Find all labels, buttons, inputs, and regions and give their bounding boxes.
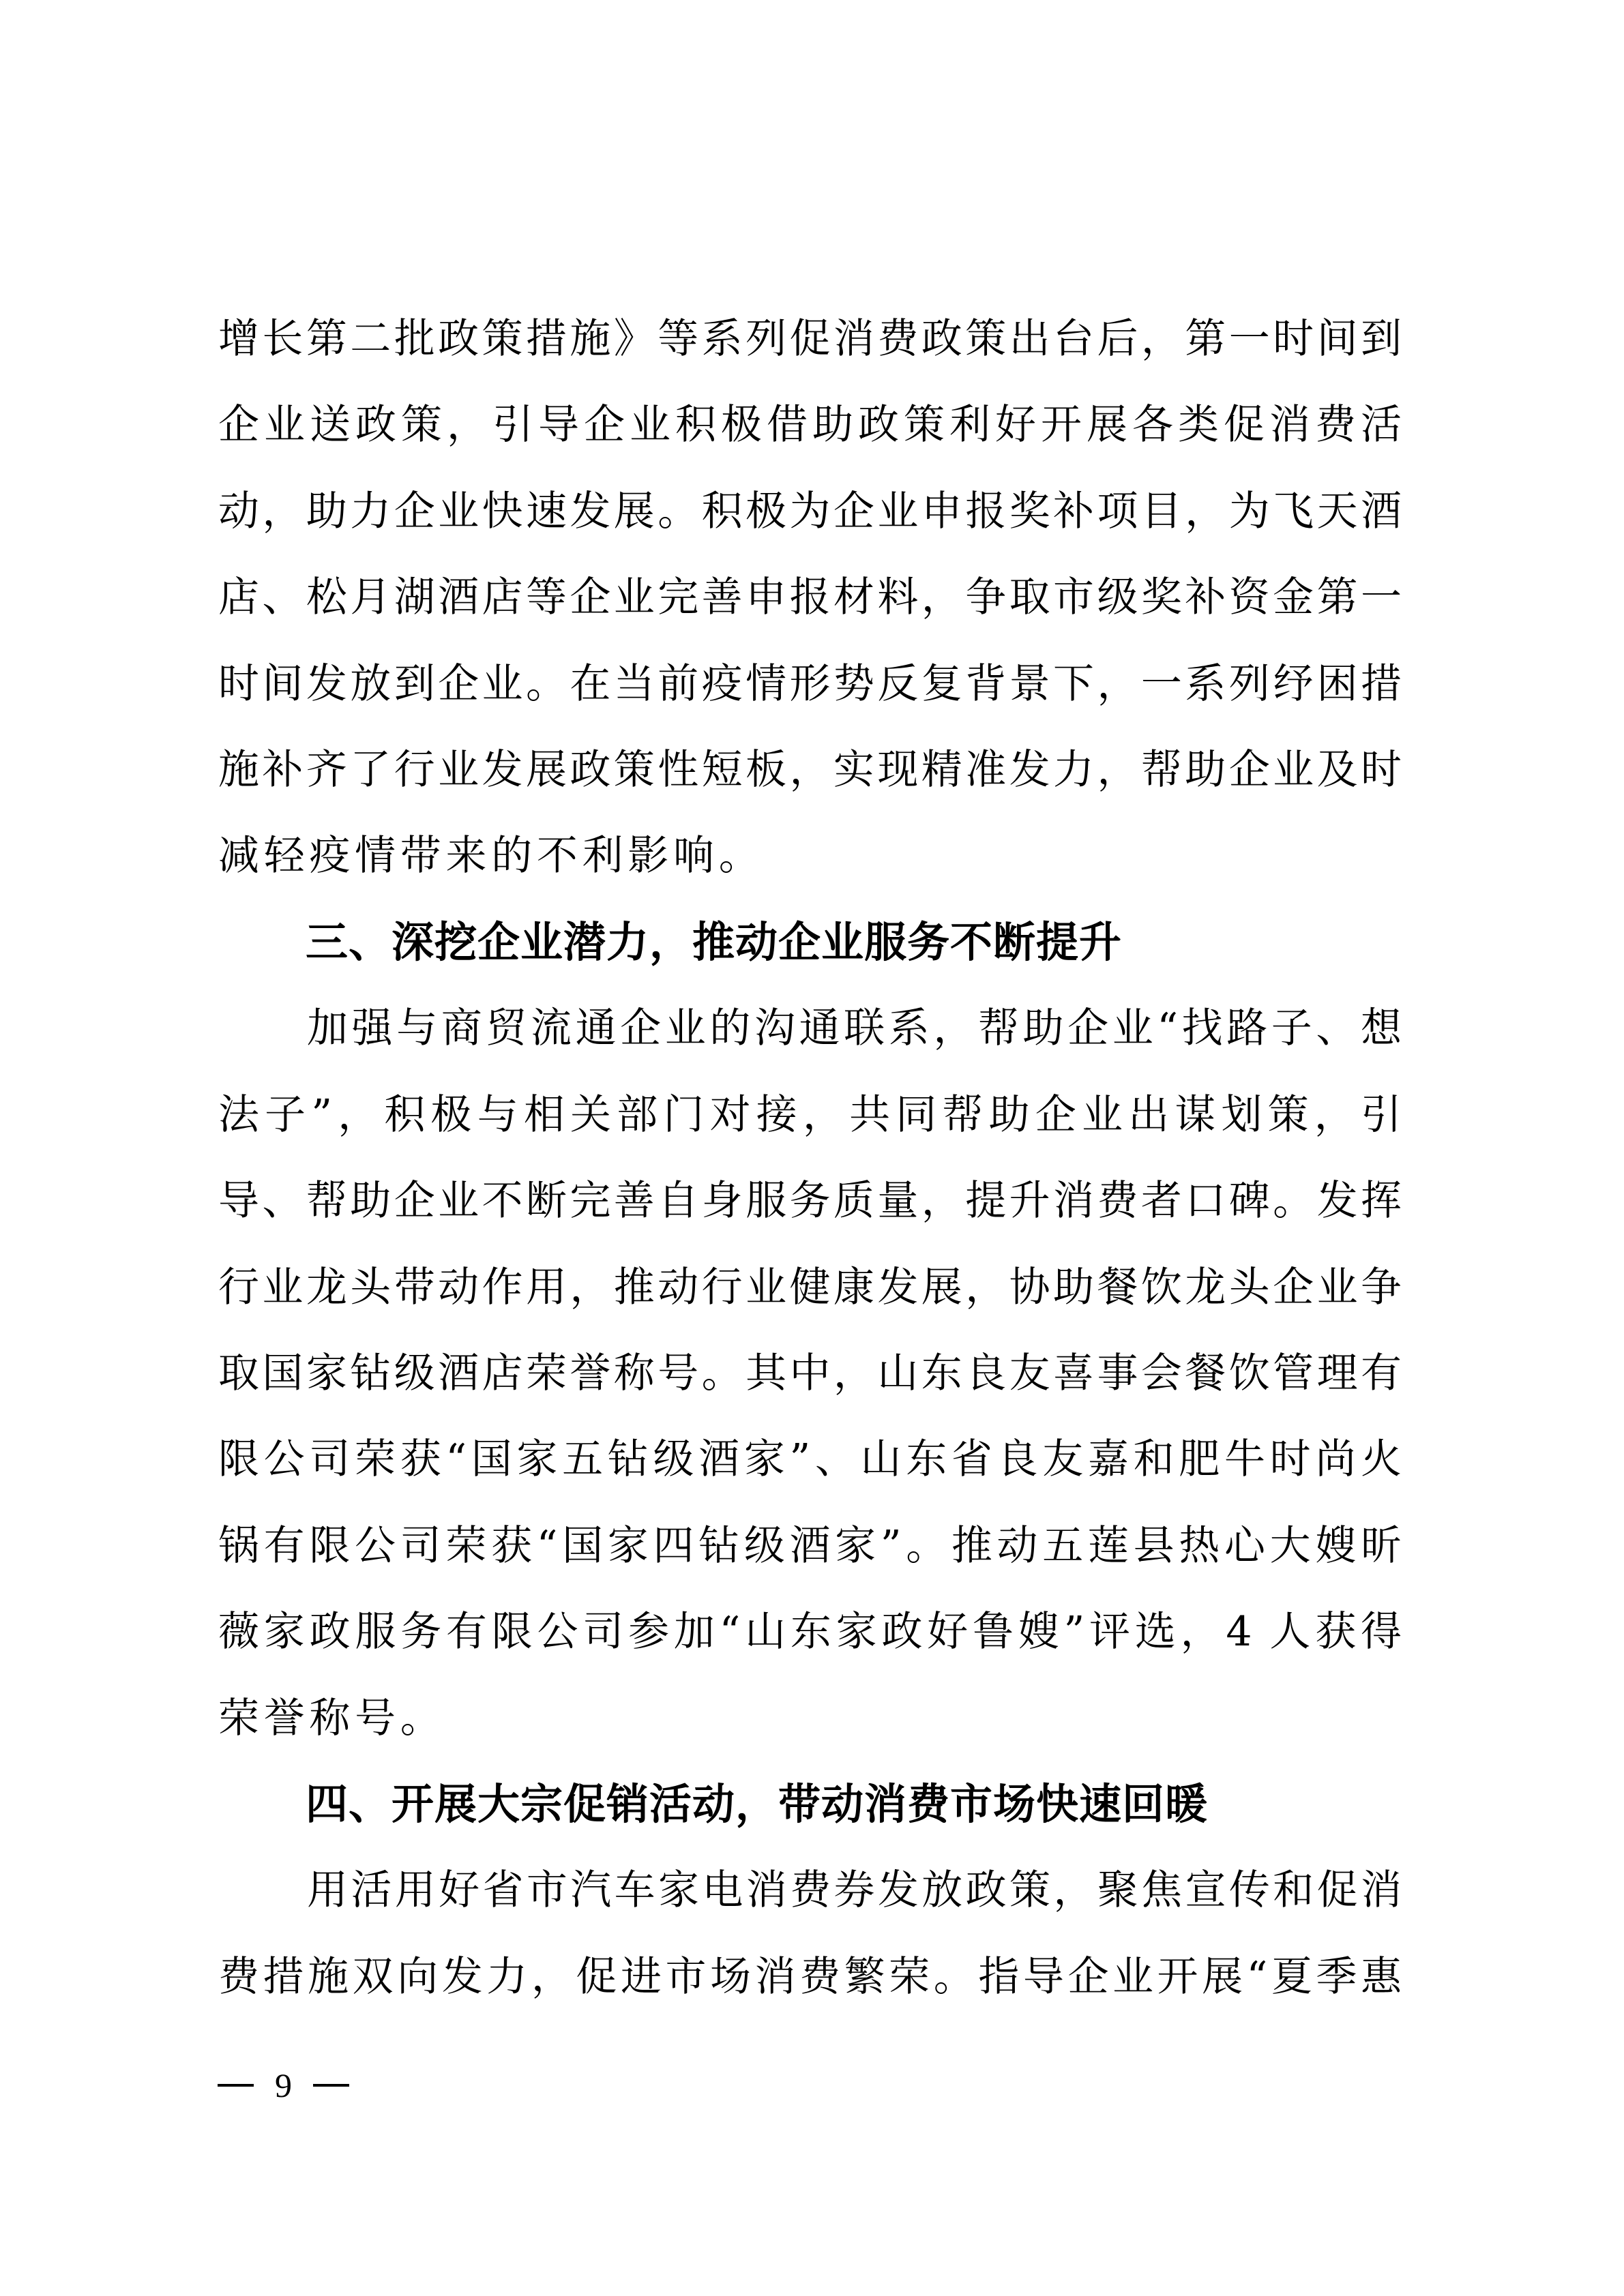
paragraph-line: 店、松月湖酒店等企业完善申报材料，争取市级奖补资金第一 [218,571,1402,623]
document-page: 增长第二批政策措施》等系列促消费政策出台后，第一时间到 企业送政策，引导企业积极… [0,0,1624,2296]
paragraph-line: 费措施双向发力，促进市场消费繁荣。指导企业开展“夏季惠 [218,1951,1402,2003]
section-heading-4: 四、开展大宗促销活动，带动消费市场快速回暖 [306,1778,1208,1830]
paragraph-line: 施补齐了行业发展政策性短板，实现精准发力，帮助企业及时 [218,744,1402,796]
page-number-value: 9 [254,2066,313,2104]
paragraph-line: 用活用好省市汽车家电消费券发放政策，聚焦宣传和促消 [307,1864,1402,1916]
paragraph-line: 行业龙头带动作用，推动行业健康发展，协助餐饮龙头企业争 [218,1262,1402,1313]
paragraph-line: 时间发放到企业。在当前疫情形势反复背景下，一系列纾困措 [218,658,1402,710]
paragraph-line: 限公司荣获“国家五钻级酒家”、山东省良友嘉和肥牛时尚火 [218,1433,1402,1485]
paragraph-line: 加强与商贸流通企业的沟通联系，帮助企业“找路子、想 [307,1002,1402,1054]
page-number-right-dash [313,2084,349,2087]
paragraph-line: 企业送政策，引导企业积极借助政策利好开展各类促消费活 [218,399,1402,451]
paragraph-line: 导、帮助企业不断完善自身服务质量，提升消费者口碑。发挥 [218,1175,1402,1227]
paragraph-line: 动，助力企业快速发展。积极为企业申报奖补项目，为飞天酒 [218,486,1402,537]
section-heading-3: 三、深挖企业潜力，推动企业服务不断提升 [306,916,1122,968]
paragraph-line: 锅有限公司荣获“国家四钻级酒家”。推动五莲县热心大嫂昕 [218,1520,1402,1572]
page-number-left-dash [218,2084,254,2087]
paragraph-line: 取国家钻级酒店荣誉称号。其中，山东良友喜事会餐饮管理有 [218,1347,1402,1399]
paragraph-line: 法子”，积极与相关部门对接，共同帮助企业出谋划策，引 [218,1089,1402,1141]
page-number: 9 [218,2066,349,2104]
paragraph-line: 增长第二批政策措施》等系列促消费政策出台后，第一时间到 [218,313,1402,365]
paragraph-line: 薇家政服务有限公司参加“山东家政好鲁嫂”评选，4 人获得 [218,1606,1402,1658]
paragraph-line: 荣誉称号。 [218,1693,1402,1744]
paragraph-line: 减轻疫情带来的不利影响。 [218,830,1402,882]
